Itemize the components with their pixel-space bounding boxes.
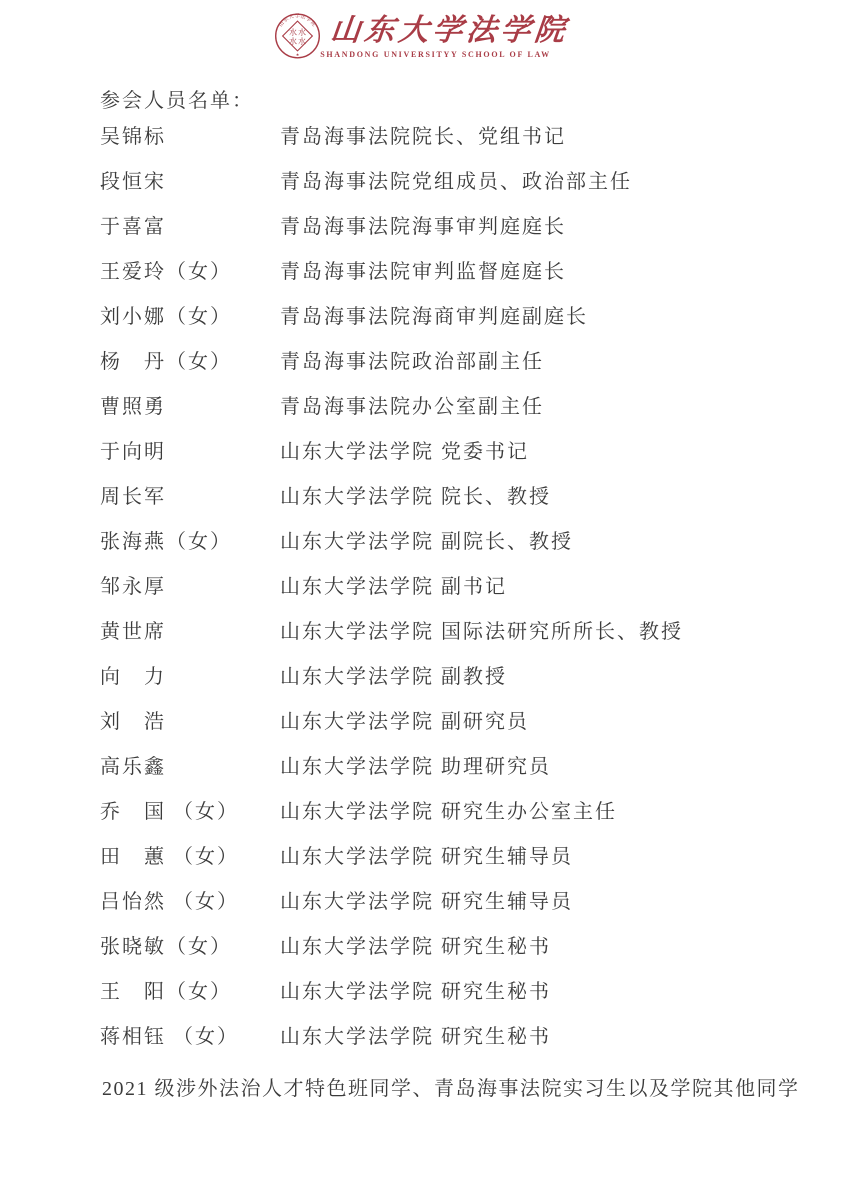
attendee-title: 山东大学法学院 研究生辅导员 <box>280 844 573 870</box>
attendee-title: 青岛海事法院审判监督庭庭长 <box>280 259 566 285</box>
attendee-name: 田 蕙 （女） <box>100 844 280 870</box>
school-name-cn: 山东大学法学院 <box>329 14 571 48</box>
attendee-name: 黄世席 <box>100 619 280 645</box>
attendee-title: 青岛海事法院海商审判庭副庭长 <box>280 304 588 330</box>
seal-arc-text: 山东大学法学院 <box>277 13 318 29</box>
attendee-name: 刘 浩 <box>100 709 280 735</box>
list-item: 周长军 山东大学法学院 院长、教授 <box>100 484 802 529</box>
document-page: 山东大学法学院 水 水 水 水 ★ 山东大学法学院 SHANDONG UNIVE… <box>0 0 842 1183</box>
list-item: 杨 丹（女） 青岛海事法院政治部副主任 <box>100 349 802 394</box>
list-item: 张海燕（女） 山东大学法学院 副院长、教授 <box>100 529 802 574</box>
attendee-title: 山东大学法学院 副院长、教授 <box>280 529 573 555</box>
list-item: 王爱玲（女） 青岛海事法院审判监督庭庭长 <box>100 259 802 304</box>
attendee-title: 山东大学法学院 研究生办公室主任 <box>280 799 617 825</box>
attendee-name: 向 力 <box>100 664 280 690</box>
attendee-name: 段恒宋 <box>100 169 280 195</box>
list-item: 刘小娜（女） 青岛海事法院海商审判庭副庭长 <box>100 304 802 349</box>
list-item: 段恒宋 青岛海事法院党组成员、政治部主任 <box>100 169 802 214</box>
list-item: 高乐鑫 山东大学法学院 助理研究员 <box>100 754 802 799</box>
attendee-title: 山东大学法学院 研究生秘书 <box>280 934 551 960</box>
seal-center-emblem: 水 水 水 水 <box>283 21 313 51</box>
attendee-title: 青岛海事法院海事审判庭庭长 <box>280 214 566 240</box>
list-item: 于向明 山东大学法学院 党委书记 <box>100 439 802 484</box>
school-logo: 山东大学法学院 水 水 水 水 ★ 山东大学法学院 SHANDONG UNIVE… <box>274 12 569 60</box>
attendee-title: 山东大学法学院 院长、教授 <box>280 484 551 510</box>
list-item: 吴锦标 青岛海事法院院长、党组书记 <box>100 124 802 169</box>
list-item: 蒋相钰 （女） 山东大学法学院 研究生秘书 <box>100 1024 802 1069</box>
attendee-list: 吴锦标 青岛海事法院院长、党组书记 段恒宋 青岛海事法院党组成员、政治部主任 于… <box>100 124 802 1069</box>
attendee-title: 青岛海事法院党组成员、政治部主任 <box>280 169 632 195</box>
seal-bottom-mark: ★ <box>296 52 300 57</box>
svg-text:水: 水 <box>289 27 297 37</box>
attendee-title: 青岛海事法院办公室副主任 <box>280 394 544 420</box>
attendee-name: 张晓敏（女） <box>100 934 280 960</box>
attendee-name: 乔 国 （女） <box>100 799 280 825</box>
attendee-title: 山东大学法学院 研究生辅导员 <box>280 889 573 915</box>
attendee-title: 山东大学法学院 助理研究员 <box>280 754 551 780</box>
list-item: 张晓敏（女） 山东大学法学院 研究生秘书 <box>100 934 802 979</box>
svg-text:山东大学法学院: 山东大学法学院 <box>277 13 318 29</box>
attendee-title: 山东大学法学院 研究生秘书 <box>280 1024 551 1050</box>
list-item: 邹永厚 山东大学法学院 副书记 <box>100 574 802 619</box>
attendee-name: 于向明 <box>100 439 280 465</box>
attendee-name: 杨 丹（女） <box>100 349 280 375</box>
logo-text-block: 山东大学法学院 SHANDONG UNIVERSITYY SCHOOL OF L… <box>331 14 569 59</box>
footer-note: 2021 级涉外法治人才特色班同学、青岛海事法院实习生以及学院其他同学 <box>102 1072 800 1101</box>
attendee-name: 吕怡然 （女） <box>100 889 280 915</box>
attendee-name: 张海燕（女） <box>100 529 280 555</box>
attendee-title: 山东大学法学院 研究生秘书 <box>280 979 551 1005</box>
attendee-name: 高乐鑫 <box>100 754 280 780</box>
svg-text:水: 水 <box>298 27 306 37</box>
list-item: 黄世席 山东大学法学院 国际法研究所所长、教授 <box>100 619 802 664</box>
list-item: 吕怡然 （女） 山东大学法学院 研究生辅导员 <box>100 889 802 934</box>
attendee-name: 刘小娜（女） <box>100 304 280 330</box>
attendee-title: 山东大学法学院 副研究员 <box>280 709 529 735</box>
attendee-name: 王爱玲（女） <box>100 259 280 285</box>
attendee-title: 山东大学法学院 副教授 <box>280 664 507 690</box>
attendee-title: 山东大学法学院 国际法研究所所长、教授 <box>280 619 683 645</box>
attendee-title: 青岛海事法院院长、党组书记 <box>280 124 566 150</box>
attendee-name: 蒋相钰 （女） <box>100 1024 280 1050</box>
list-item: 于喜富 青岛海事法院海事审判庭庭长 <box>100 214 802 259</box>
list-item: 田 蕙 （女） 山东大学法学院 研究生辅导员 <box>100 844 802 889</box>
svg-text:水: 水 <box>298 36 306 46</box>
attendee-name: 吴锦标 <box>100 124 280 150</box>
attendee-name: 王 阳（女） <box>100 979 280 1005</box>
list-title: 参会人员名单： <box>100 84 254 113</box>
attendee-name: 于喜富 <box>100 214 280 240</box>
attendee-name: 邹永厚 <box>100 574 280 600</box>
list-item: 乔 国 （女） 山东大学法学院 研究生办公室主任 <box>100 799 802 844</box>
list-item: 向 力 山东大学法学院 副教授 <box>100 664 802 709</box>
attendee-title: 山东大学法学院 党委书记 <box>280 439 529 465</box>
attendee-name: 曹照勇 <box>100 394 280 420</box>
attendee-title: 山东大学法学院 副书记 <box>280 574 507 600</box>
university-seal-icon: 山东大学法学院 水 水 水 水 ★ <box>274 12 322 60</box>
list-item: 刘 浩 山东大学法学院 副研究员 <box>100 709 802 754</box>
svg-text:水: 水 <box>289 36 297 46</box>
list-item: 王 阳（女） 山东大学法学院 研究生秘书 <box>100 979 802 1024</box>
attendee-name: 周长军 <box>100 484 280 510</box>
list-item: 曹照勇 青岛海事法院办公室副主任 <box>100 394 802 439</box>
school-name-en: SHANDONG UNIVERSITYY SCHOOL OF LAW <box>320 50 551 59</box>
attendee-title: 青岛海事法院政治部副主任 <box>280 349 544 375</box>
